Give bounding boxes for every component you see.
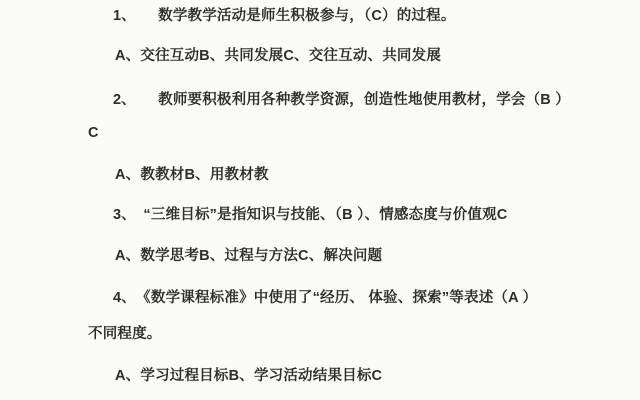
question-3-options: A、数学思考B、过程与方法C、解决问题 bbox=[115, 247, 382, 266]
question-2-text: 2、 教师要积极利用各种教学资源，创造性地使用教材，学会（B ） bbox=[113, 91, 570, 110]
question-4-options: A、学习过程目标B、学习活动结果目标C bbox=[115, 367, 382, 386]
question-1-text: 1、 数学教学活动是师生积极参与，（C）的过程。 bbox=[113, 7, 456, 26]
question-4-continuation: 不同程度。 bbox=[88, 325, 162, 344]
question-3-text: 3、 “三维目标”是指知识与技能、（B ）、情感态度与价值观C bbox=[113, 206, 507, 225]
question-4-text: 4、 《数学课程标准》中使用了“经历、 体验、探索”等表述（A ） bbox=[113, 289, 537, 308]
question-2-options: A、教教材B、用教材教 bbox=[115, 166, 269, 185]
question-2-continuation: C bbox=[88, 124, 99, 143]
question-1-options: A、交往互动B、共同发展C、交往互动、共同发展 bbox=[115, 47, 441, 66]
quiz-document: 1、 数学教学活动是师生积极参与，（C）的过程。 A、交往互动B、共同发展C、交… bbox=[0, 0, 640, 400]
